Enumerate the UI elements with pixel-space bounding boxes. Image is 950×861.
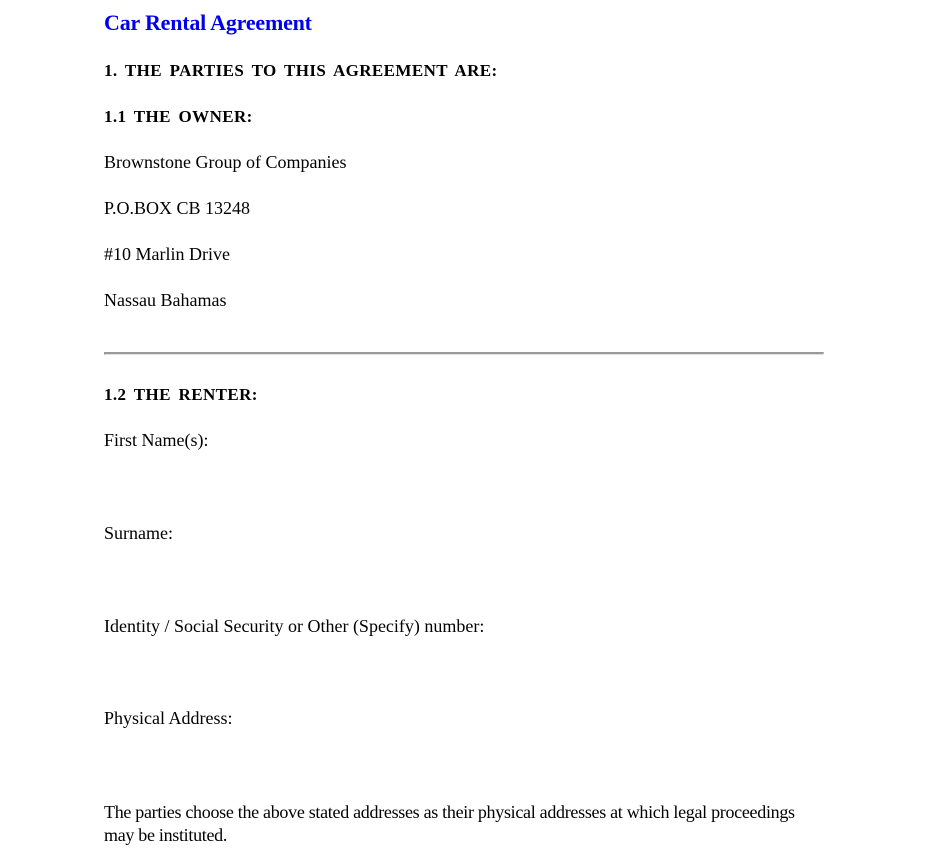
section-divider bbox=[104, 352, 824, 355]
renter-heading: 1.2 THE RENTER: bbox=[104, 385, 258, 405]
owner-street-address: #10 Marlin Drive bbox=[104, 244, 230, 265]
owner-heading: 1.1 THE OWNER: bbox=[104, 107, 253, 127]
owner-po-box: P.O.BOX CB 13248 bbox=[104, 198, 250, 219]
owner-company-name: Brownstone Group of Companies bbox=[104, 152, 346, 173]
renter-id-number-label: Identity / Social Security or Other (Spe… bbox=[104, 616, 484, 637]
addresses-clause: The parties choose the above stated addr… bbox=[104, 801, 824, 847]
renter-physical-address-label: Physical Address: bbox=[104, 708, 233, 729]
document-title: Car Rental Agreement bbox=[104, 10, 312, 36]
renter-surname-label: Surname: bbox=[104, 523, 173, 544]
renter-first-name-label: First Name(s): bbox=[104, 430, 208, 451]
owner-city-country: Nassau Bahamas bbox=[104, 290, 226, 311]
section-parties-heading: 1. THE PARTIES TO THIS AGREEMENT ARE: bbox=[104, 61, 498, 81]
